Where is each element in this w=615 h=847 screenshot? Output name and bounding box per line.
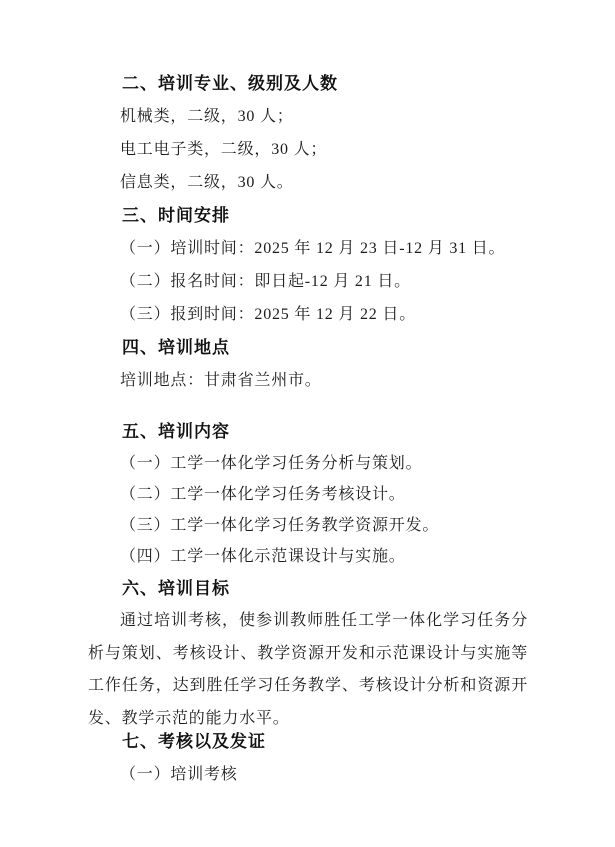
document-content: 二、培训专业、级别及人数机械类，二级，30 人；电工电子类，二级，30 人；信息… bbox=[88, 67, 528, 791]
section-line: （三）报到时间：2025 年 12 月 22 日。 bbox=[88, 298, 528, 331]
section: 五、培训内容（一）工学一体化学习任务分析与策划。（二）工学一体化学习任务考核设计… bbox=[88, 415, 528, 572]
section-line: （二）报名时间：即日起-12 月 21 日。 bbox=[88, 265, 528, 298]
section: 四、培训地点培训地点：甘肃省兰州市。 bbox=[88, 331, 528, 397]
section-line: （一）培训时间：2025 年 12 月 23 日-12 月 31 日。 bbox=[88, 232, 528, 265]
section-line: （二）工学一体化学习任务考核设计。 bbox=[88, 479, 528, 510]
section-line: （一）培训考核 bbox=[88, 758, 528, 791]
section-heading: 七、考核以及发证 bbox=[88, 725, 528, 758]
section-line: 电工电子类，二级，30 人； bbox=[88, 133, 528, 166]
section-line: （三）工学一体化学习任务教学资源开发。 bbox=[88, 510, 528, 541]
section-heading: 六、培训目标 bbox=[88, 572, 528, 605]
section-heading: 三、时间安排 bbox=[88, 199, 528, 232]
section-line: （四）工学一体化示范课设计与实施。 bbox=[88, 541, 528, 572]
section-heading: 四、培训地点 bbox=[88, 331, 528, 364]
section-line: 培训地点：甘肃省兰州市。 bbox=[88, 364, 528, 397]
section-line: （一）工学一体化学习任务分析与策划。 bbox=[88, 448, 528, 479]
section: 三、时间安排（一）培训时间：2025 年 12 月 23 日-12 月 31 日… bbox=[88, 199, 528, 331]
section-paragraph: 通过培训考核，使参训教师胜任工学一体化学习任务分析与策划、考核设计、教学资源开发… bbox=[88, 605, 528, 735]
document-page: 二、培训专业、级别及人数机械类，二级，30 人；电工电子类，二级，30 人；信息… bbox=[0, 0, 615, 847]
section: 二、培训专业、级别及人数机械类，二级，30 人；电工电子类，二级，30 人；信息… bbox=[88, 67, 528, 199]
section: 七、考核以及发证（一）培训考核 bbox=[88, 725, 528, 791]
section-line: 机械类，二级，30 人； bbox=[88, 100, 528, 133]
section-heading: 五、培训内容 bbox=[88, 415, 528, 448]
section-line: 信息类，二级，30 人。 bbox=[88, 166, 528, 199]
section: 六、培训目标通过培训考核，使参训教师胜任工学一体化学习任务分析与策划、考核设计、… bbox=[88, 572, 528, 735]
section-heading: 二、培训专业、级别及人数 bbox=[88, 67, 528, 100]
